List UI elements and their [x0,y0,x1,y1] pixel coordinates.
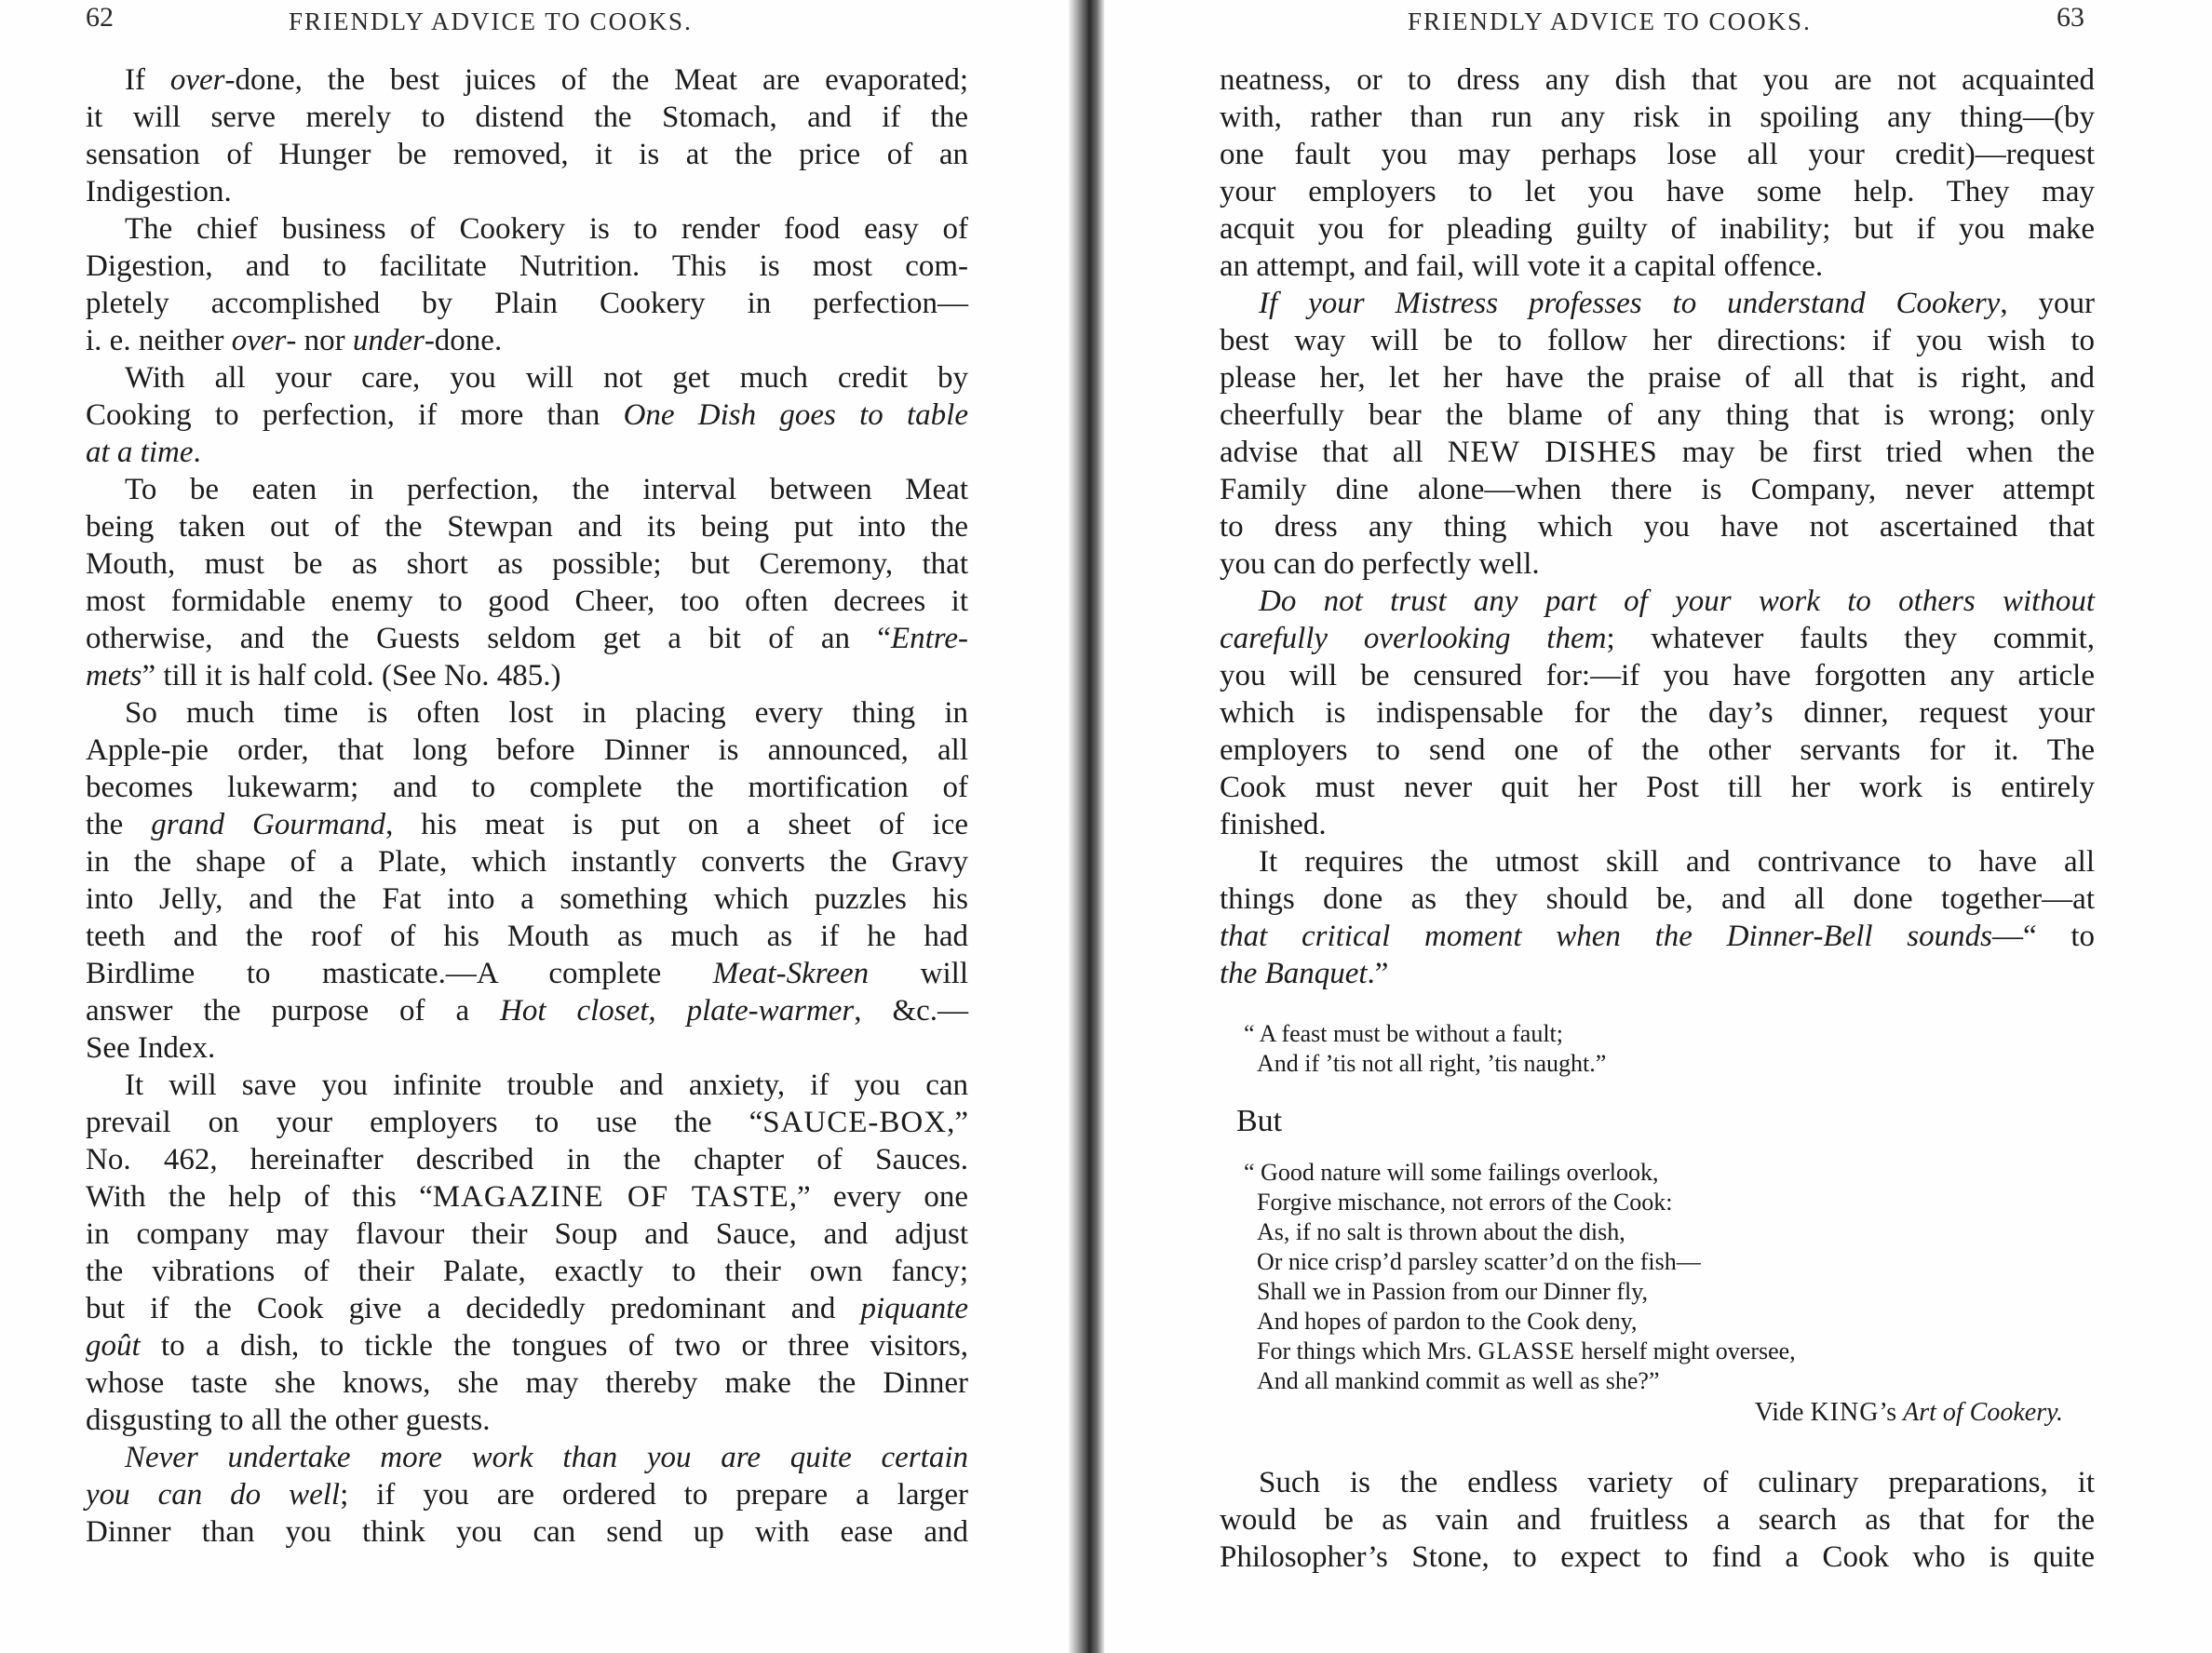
text-line: sensation of Hunger be removed, it is at… [86,136,968,173]
verse-line: And if ’tis not all right, ’tis naught.” [1244,1049,1606,1079]
page-number: 62 [86,2,114,34]
text-line: please her, let her have the praise of a… [1220,359,2095,396]
text-line: you can do well; if you are ordered to p… [86,1476,968,1513]
text-line: cheerfully bear the blame of any thing t… [1220,396,2095,434]
text-line: If your Mistress professes to understand… [1220,285,2095,322]
left-page: 62 FRIENDLY ADVICE TO COOKS. If over-don… [0,0,1071,1653]
text-line: one fault you may perhaps lose all your … [1220,136,2095,173]
text-line: neatness, or to dress any dish that you … [1220,61,2095,99]
text-line: prevail on your employers to use the “SA… [86,1104,968,1141]
text-line: with, rather than run any risk in spoili… [1220,99,2095,136]
verse-line: And all mankind commit as well as she?” [1244,1366,1796,1396]
text-line: carefully overlooking them; whatever fau… [1220,620,2095,657]
text-line: most formidable enemy to good Cheer, too… [86,583,968,620]
text-line: it will serve merely to distend the Stom… [86,99,968,136]
right-body-text: neatness, or to dress any dish that you … [1220,61,2095,992]
text-line: Family dine alone—when there is Company,… [1220,471,2095,508]
running-head: FRIENDLY ADVICE TO COOKS. [289,7,693,36]
text-line: teeth and the roof of his Mouth as much … [86,918,968,955]
text-line: i. e. neither over- nor under-done. [86,322,968,359]
text-line: See Index. [86,1029,968,1067]
text-line: best way will be to follow her direction… [1220,322,2095,359]
text-line: your employers to let you have some help… [1220,173,2095,210]
text-line: the Banquet.” [1220,955,2095,992]
verse-quotation-2: “ Good nature will some failings overloo… [1244,1158,1796,1396]
right-page: FRIENDLY ADVICE TO COOKS. 63 neatness, o… [1104,0,2212,1653]
page-number: 63 [2057,2,2084,34]
text-line: acquit you for pleading guilty of inabil… [1220,210,2095,248]
verse-line: Forgive mischance, not errors of the Coo… [1244,1188,1796,1217]
text-line: into Jelly, and the Fat into a something… [86,880,968,918]
verse-line: As, if no salt is thrown about the dish, [1244,1217,1796,1247]
text-line: at a time. [86,434,968,471]
text-line: Dinner than you think you can send up wi… [86,1513,968,1551]
text-line: employers to send one of the other serva… [1220,732,2095,769]
verse-line: “ A feast must be without a fault; [1244,1019,1606,1049]
text-line: you can do perfectly well. [1220,545,2095,583]
text-line: Such is the endless variety of culinary … [1220,1464,2095,1501]
text-line: pletely accomplished by Plain Cookery in… [86,285,968,322]
book-spine-gutter [1069,0,1106,1653]
verse-attribution: Vide KING’s Art of Cookery. [1244,1398,2063,1428]
verse-line: Or nice crisp’d parsley scatter’d on the… [1244,1247,1796,1277]
left-body-text: If over-done, the best juices of the Mea… [86,61,968,1551]
text-line: otherwise, and the Guests seldom get a b… [86,620,968,657]
text-line: the grand Gourmand, his meat is put on a… [86,806,968,843]
text-line: Mouth, must be as short as possible; but… [86,545,968,583]
text-line: answer the purpose of a Hot closet, plat… [86,992,968,1029]
text-line: So much time is often lost in placing ev… [86,694,968,732]
text-line: that critical moment when the Dinner-Bel… [1220,918,2095,955]
text-line: No. 462, hereinafter described in the ch… [86,1141,968,1178]
text-line: Cooking to perfection, if more than One … [86,396,968,434]
text-line: Cook must never quit her Post till her w… [1220,769,2095,806]
text-line: It will save you infinite trouble and an… [86,1067,968,1104]
text-line: Indigestion. [86,173,968,210]
text-line: which is indispensable for the day’s din… [1220,694,2095,732]
right-body-text-continued: Such is the endless variety of culinary … [1220,1464,2095,1576]
verse-line: Shall we in Passion from our Dinner fly, [1244,1277,1796,1307]
text-line: With all your care, you will not get muc… [86,359,968,396]
text-line: disgusting to all the other guests. [86,1402,968,1439]
text-line: If over-done, the best juices of the Mea… [86,61,968,99]
text-line: advise that all NEW DISHES may be first … [1220,434,2095,471]
text-line: With the help of this “MAGAZINE OF TASTE… [86,1178,968,1216]
text-line: to dress any thing which you have not as… [1220,508,2095,545]
text-line: Apple-pie order, that long before Dinner… [86,732,968,769]
verse-line: For things which Mrs. GLASSE herself mig… [1244,1337,1796,1366]
text-line: would be as vain and fruitless a search … [1220,1501,2095,1539]
text-line: The chief business of Cookery is to rend… [86,210,968,248]
text-line: becomes lukewarm; and to complete the mo… [86,769,968,806]
text-line: mets” till it is half cold. (See No. 485… [86,657,968,694]
text-line: Birdlime to masticate.—A complete Meat-S… [86,955,968,992]
text-line: finished. [1220,806,2095,843]
text-line: Never undertake more work than you are q… [86,1439,968,1476]
text-line: being taken out of the Stewpan and its b… [86,508,968,545]
verse-line: And hopes of pardon to the Cook deny, [1244,1307,1796,1337]
text-line: whose taste she knows, she may thereby m… [86,1364,968,1402]
verse-quotation-1: “ A feast must be without a fault;And if… [1244,1019,1606,1079]
text-line: you will be censured for:—if you have fo… [1220,657,2095,694]
text-line: Do not trust any part of your work to ot… [1220,583,2095,620]
but-label: But [1236,1101,1282,1142]
text-line: Philosopher’s Stone, to expect to find a… [1220,1539,2095,1576]
text-line: It requires the utmost skill and contriv… [1220,843,2095,880]
text-line: Digestion, and to facilitate Nutrition. … [86,248,968,285]
verse-line: “ Good nature will some failings overloo… [1244,1158,1796,1188]
text-line: in company may flavour their Soup and Sa… [86,1216,968,1253]
text-line: but if the Cook give a decidedly predomi… [86,1290,968,1327]
text-line: goût to a dish, to tickle the tongues of… [86,1327,968,1364]
text-line: an attempt, and fail, will vote it a cap… [1220,248,2095,285]
text-line: To be eaten in perfection, the interval … [86,471,968,508]
running-head: FRIENDLY ADVICE TO COOKS. [1408,7,1812,36]
text-line: the vibrations of their Palate, exactly … [86,1253,968,1290]
text-line: things done as they should be, and all d… [1220,880,2095,918]
text-line: in the shape of a Plate, which instantly… [86,843,968,880]
